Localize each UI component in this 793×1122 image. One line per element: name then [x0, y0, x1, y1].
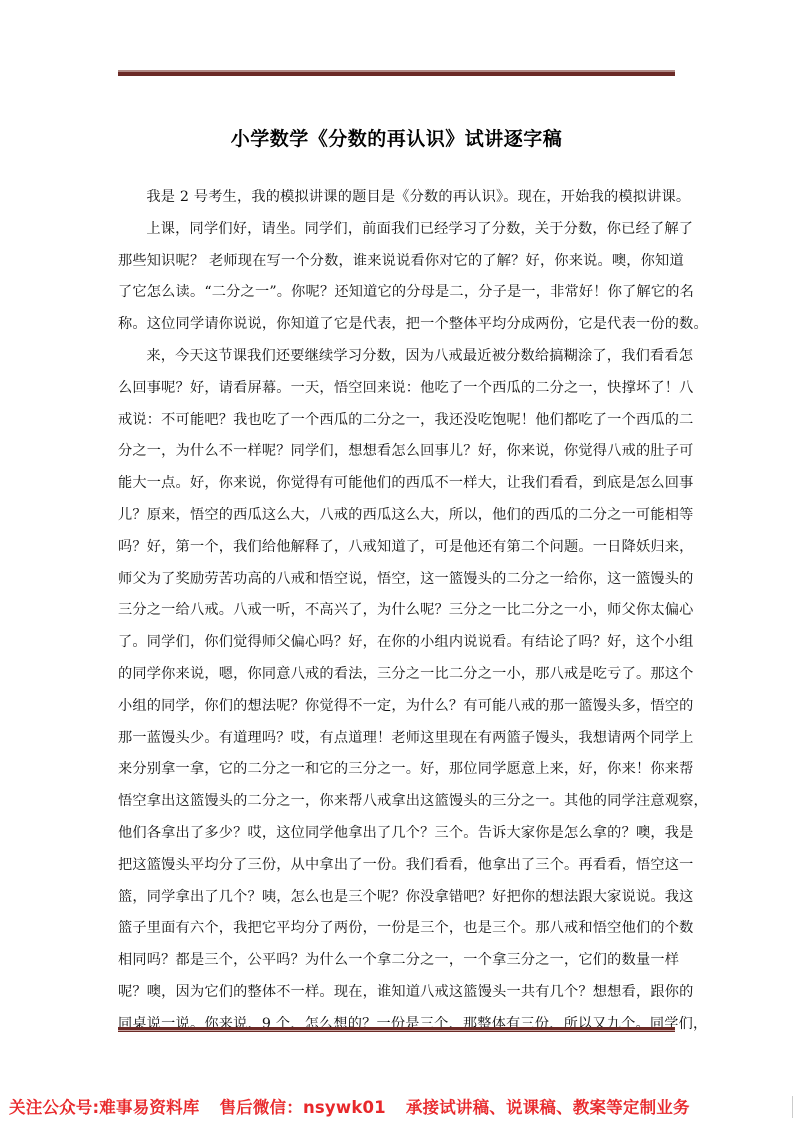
body-line: 那些知识呢？ 老师现在写一个分数，谁来说说看你对它的了解？好，你来说。噢，你知道	[118, 246, 675, 278]
body-line: 相同吗？都是三个，公平吗？为什么一个拿二分之一，一个拿三分之一，它们的数量一样	[118, 945, 675, 977]
body-line: 篮子里面有六个，我把它平均分了两份，一份是三个，也是三个。那八戒和悟空他们的个数	[118, 913, 675, 945]
body-line: 师父为了奖励劳苦功高的八戒和悟空说，悟空，这一篮馒头的二分之一给你，这一篮馒头的	[118, 564, 675, 596]
body-line: 三分之一给八戒。八戒一听，不高兴了，为什么呢？三分之一比二分之一小，师父你太偏心	[118, 595, 675, 627]
body-line: 悟空拿出这篮馒头的二分之一，你来帮八戒拿出这篮馒头的三分之一。其他的同学注意观察…	[118, 786, 675, 818]
body-line: 我是 2 号考生，我的模拟讲课的题目是《分数的再认识》。现在，开始我的模拟讲课。	[118, 182, 675, 214]
body-line: 戒说：不可能吧？我也吃了一个西瓜的二分之一，我还没吃饱呢！他们都吃了一个西瓜的二	[118, 405, 675, 437]
document-title: 小学数学《分数的再认识》试讲逐字稿	[0, 124, 793, 151]
body-line: 分之一，为什么不一样呢？同学们，想想看怎么回事儿？好，你来说，你觉得八戒的肚子可	[118, 436, 675, 468]
promo-banner: 关注公众号:难事易资料库 售后微信：nsywk01 承接试讲稿、说课稿、教案等定…	[0, 1092, 793, 1122]
body-line: 能大一点。好，你来说，你觉得有可能他们的西瓜不一样大，让我们看看，到底是怎么回事	[118, 468, 675, 500]
body-line: 的同学你来说，嗯，你同意八戒的看法，三分之一比二分之一小，那八戒是吃亏了。那这个	[118, 659, 675, 691]
body-line: 呢？噢，因为它们的整体不一样。现在，谁知道八戒这篮馒头一共有几个？想想看，跟你的	[118, 977, 675, 1009]
body-line: 吗？好，第一个，我们给他解释了，八戒知道了，可是他还有第二个问题。一日降妖归来，	[118, 532, 675, 564]
footer-rule	[118, 1027, 675, 1033]
header-rule-dark-band	[118, 72, 675, 76]
body-line: 那一蓝馒头少。有道理吗？哎，有点道理！老师这里现在有两篮子馒头，我想请两个同学上	[118, 723, 675, 755]
body-line: 来分别拿一拿，它的二分之一和它的三分之一。好，那位同学愿意上来，好，你来！你来帮	[118, 754, 675, 786]
body-line: 了。同学们，你们觉得师父偏心吗？好，在你的小组内说说看。有结论了吗？好，这个小组	[118, 627, 675, 659]
body-line: 称。这位同学请你说说，你知道了它是代表，把一个整体平均分成两份，它是代表一份的数…	[118, 309, 675, 341]
promo-text: 关注公众号:难事易资料库 售后微信：nsywk01 承接试讲稿、说课稿、教案等定…	[9, 1094, 704, 1118]
footer-rule-thin-band	[118, 1031, 675, 1032]
body-line: 来，今天这节课我们还要继续学习分数，因为八戒最近被分数给搞糊涂了，我们看看怎	[118, 341, 675, 373]
header-rule	[118, 70, 675, 76]
promo-services: 承接试讲稿、说课稿、教案等定制业务	[406, 1098, 690, 1117]
body-line: 同桌说一说。你来说，9 个，怎么想的？一份是三个，那整体有三份，所以又九个。同学…	[118, 1009, 675, 1041]
promo-follow-account: 关注公众号:难事易资料库	[9, 1098, 200, 1117]
body-line: 儿？原来，悟空的西瓜这么大，八戒的西瓜这么大，所以，他们的西瓜的二分之一可能相等	[118, 500, 675, 532]
promo-wechat-contact: 售后微信：nsywk01	[219, 1098, 385, 1117]
body-line: 小组的同学，你们的想法呢？你觉得不一定，为什么？有可能八戒的那一篮馒头多，悟空的	[118, 691, 675, 723]
body-line: 上课，同学们好，请坐。同学们，前面我们已经学习了分数，关于分数，你已经了解了	[118, 214, 675, 246]
body-line: 他们各拿出了多少？哎，这位同学他拿出了几个？三个。告诉大家你是怎么拿的？噢，我是	[118, 818, 675, 850]
body-line: 了它怎么读。“二分之一”。你呢？还知道它的分母是二，分子是一，非常好！你了解它的…	[118, 277, 675, 309]
body-line: 把这篮馒头平均分了三份，从中拿出了一份。我们看看，他拿出了三个。再看看，悟空这一	[118, 850, 675, 882]
body-line: 篮，同学拿出了几个？咦，怎么也是三个呢？你没拿错吧？好把你的想法跟大家说说。我这	[118, 882, 675, 914]
document-body: 我是 2 号考生，我的模拟讲课的题目是《分数的再认识》。现在，开始我的模拟讲课。…	[118, 182, 675, 1041]
body-line: 么回事呢？好，请看屏幕。一天，悟空回来说：他吃了一个西瓜的二分之一，快撑坏了！八	[118, 373, 675, 405]
